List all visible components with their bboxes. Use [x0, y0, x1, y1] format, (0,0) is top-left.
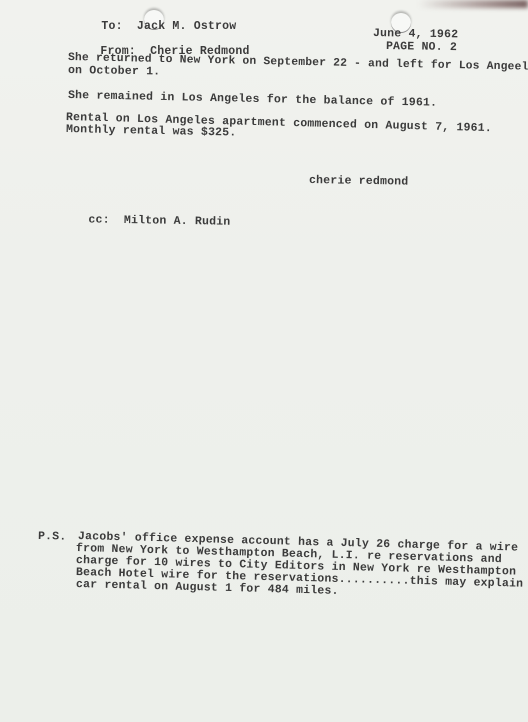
typewritten-memo-page: To: Jack M. Ostrow From: Cherie Redmond … [0, 0, 528, 722]
cc-label: cc: [88, 213, 110, 226]
ps-label: P.S. [38, 530, 67, 544]
paragraph-1-line-2: on October 1. [68, 64, 161, 78]
signature: cherie redmond [309, 174, 409, 189]
paragraph-2: She remained in Los Angeles for the bala… [68, 89, 437, 110]
page-edge-shadow [418, 0, 528, 8]
page-number: PAGE NO. 2 [386, 40, 457, 54]
cc-name: Milton A. Rudin [124, 214, 231, 229]
paragraph-3-line-2: Monthly rental was $325. [66, 123, 237, 140]
cc-line: cc: Milton A. Rudin [60, 200, 231, 242]
